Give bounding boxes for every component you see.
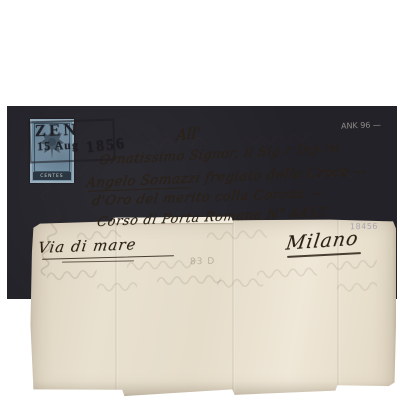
- address-salutation: All': [175, 124, 201, 145]
- pencil-note-mid-right: 18456: [350, 222, 378, 231]
- route-note: Via di mare: [37, 235, 138, 257]
- faint-center-mark: 83 D: [190, 257, 215, 267]
- stamp-denomination-label: CENTES: [40, 173, 63, 178]
- fold-crease: [232, 216, 235, 397]
- fold-shadow: [29, 381, 396, 397]
- catalog-page: CENTES ZEN 15 Aug 1856 All' Ornatissimo …: [0, 0, 400, 400]
- stamp-denomination-band: CENTES: [33, 172, 71, 180]
- pencil-note-top-right: ANK 96 —: [341, 120, 381, 130]
